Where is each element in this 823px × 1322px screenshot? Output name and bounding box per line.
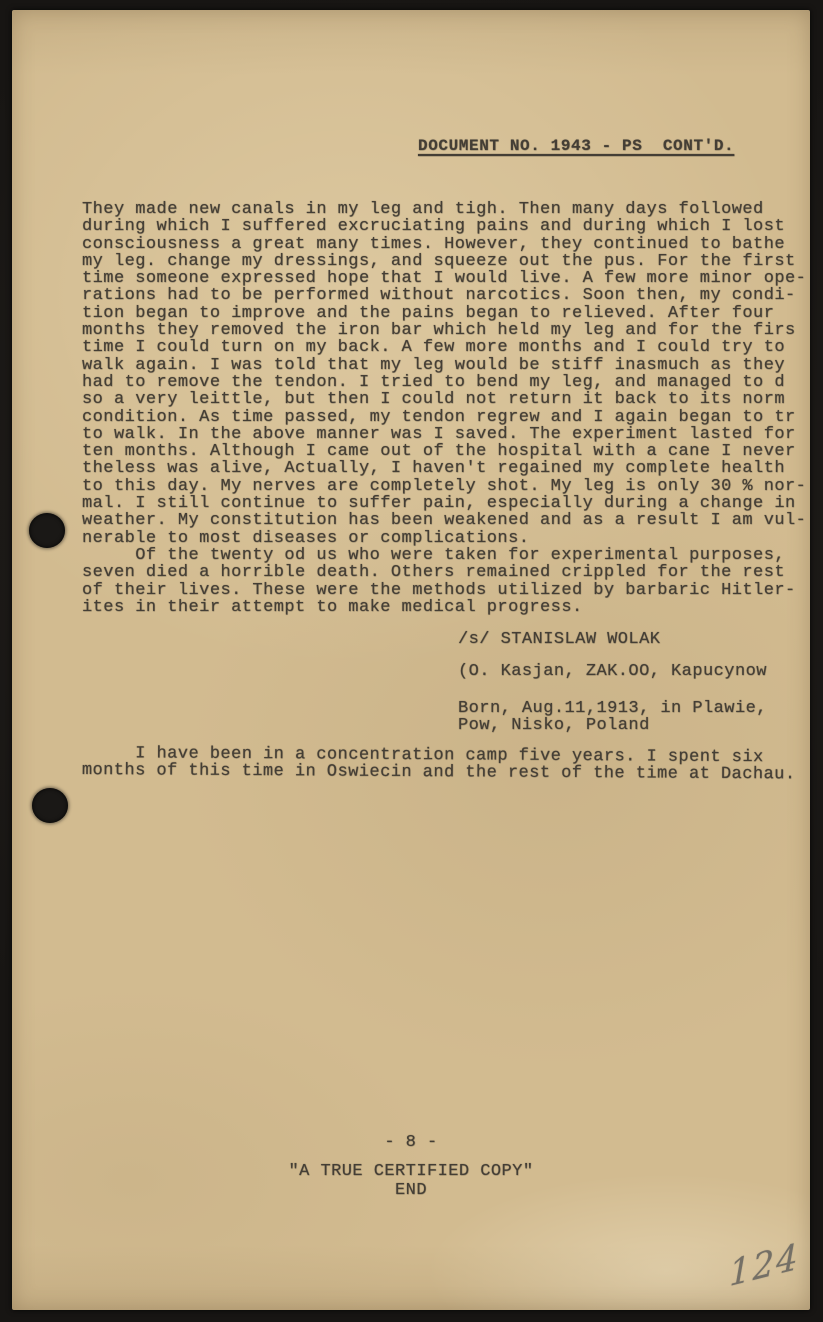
page-number: - 8 - xyxy=(12,1133,810,1152)
signatory-identity: (O. Kasjan, ZAK.OO, Kapucynow xyxy=(458,663,767,680)
testimony-paragraph-2: Of the twenty od us who were taken for e… xyxy=(82,547,796,616)
signature-line: /s/ STANISLAW WOLAK xyxy=(458,631,660,648)
end-mark: END xyxy=(12,1181,810,1200)
testimony-paragraph-1: They made new canals in my leg and tigh.… xyxy=(82,201,806,547)
certification-note: "A TRUE CERTIFIED COPY" xyxy=(12,1162,810,1181)
document-header: DOCUMENT NO. 1943 - PS CONT'D. xyxy=(418,137,734,155)
signatory-birth-info: Born, Aug.11,1913, in Plawie, Pow, Nisko… xyxy=(458,700,767,735)
hole-punch-bottom xyxy=(32,788,68,823)
scanned-document: DOCUMENT NO. 1943 - PS CONT'D. They made… xyxy=(0,0,823,1322)
handwritten-page-number: 124 xyxy=(729,1237,800,1296)
testimony-paragraph-3: I have been in a concentration camp five… xyxy=(82,745,796,784)
paper-sheet: DOCUMENT NO. 1943 - PS CONT'D. They made… xyxy=(12,10,810,1310)
hole-punch-top xyxy=(29,513,65,548)
